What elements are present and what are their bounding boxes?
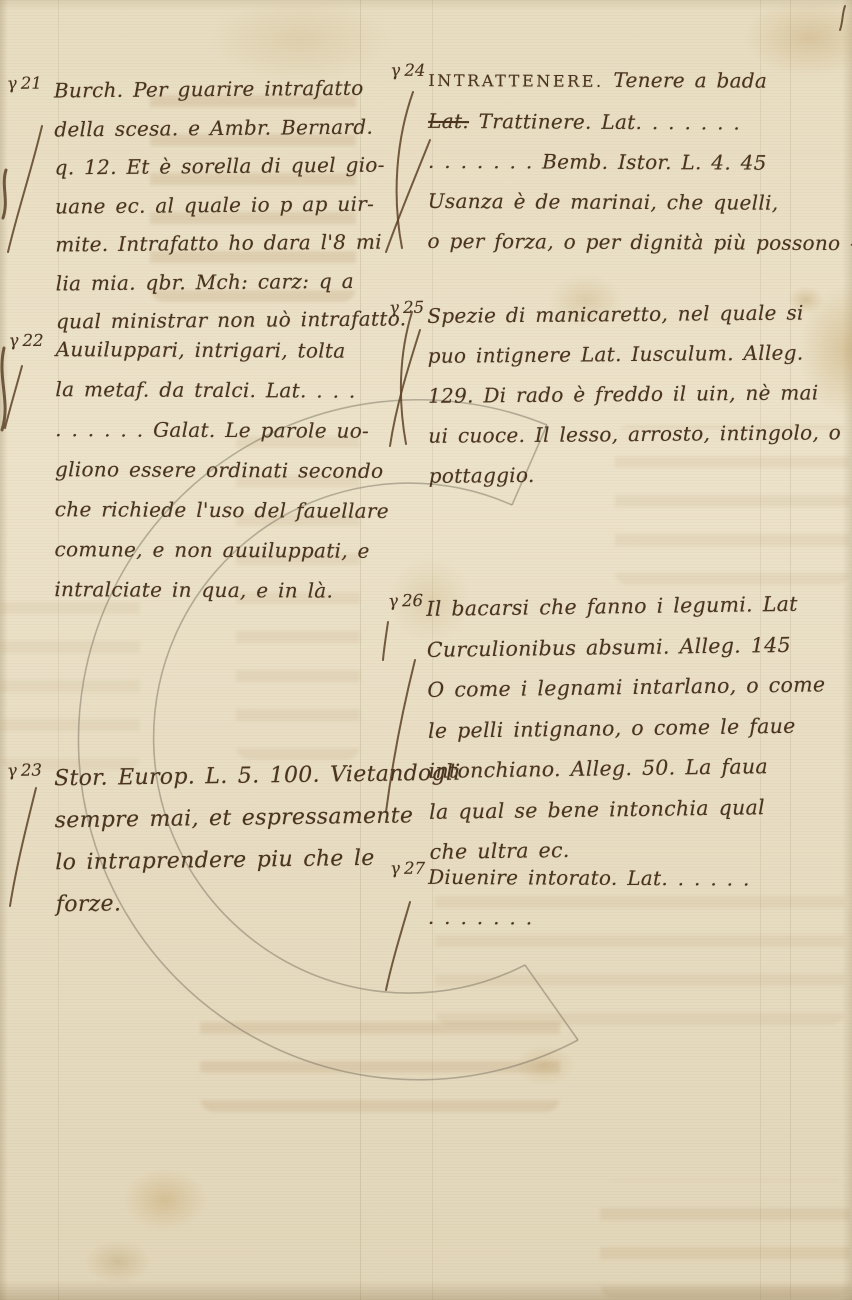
entry-text: Diuenire intorato. Lat. . . . . .. . . .… — [428, 857, 843, 939]
manuscript-line: Auuiluppari, intrigari, tolta — [56, 329, 386, 371]
manuscript-line: Il bacarsi che fanno i legumi. Lat — [426, 583, 842, 629]
headword-gloss: Tenere a bada — [613, 68, 767, 93]
manuscript-line: della scesa. e Ambr. Bernard. — [54, 107, 384, 148]
entry-22: γ22 Auuiluppari, intrigari, toltala meta… — [54, 329, 385, 611]
manuscript-line: lia mia. qbr. Mch: carz: q a — [56, 261, 386, 302]
manuscript-line: O come i legnami intarlano, o come — [427, 664, 843, 710]
latin-line: Lat. Trattinere. Lat. . . . . . . — [428, 101, 843, 143]
entry-number-text: 23 — [21, 760, 42, 779]
entry-number: γ26 — [388, 591, 423, 610]
manuscript-line: comune, e non auuiluppati, e — [54, 529, 384, 571]
check-mark-icon: γ — [6, 760, 18, 780]
entry-27: γ27 Diuenire intorato. Lat. . . . . .. .… — [428, 857, 843, 939]
manuscript-line: . . . . . . . Bemb. Istor. L. 4. 45 — [428, 141, 843, 183]
ink-bleedthrough — [600, 1180, 850, 1298]
entry-26: γ26 Il bacarsi che fanno i legumi. LatCu… — [426, 583, 845, 872]
manuscript-line: Usanza è de marinai, che quelli, — [428, 181, 843, 223]
entry-text: . . . . . . . Bemb. Istor. L. 4. 45Usanz… — [427, 141, 843, 263]
entry-text: Stor. Europ. L. 5. 100. Vietandoglisempr… — [54, 754, 386, 927]
entry-number-text: 25 — [403, 298, 424, 317]
check-mark-icon: γ — [8, 330, 20, 350]
manuscript-line: la qual se bene intonchia qual — [429, 786, 845, 832]
manuscript-line: puo intignere Lat. Iusculum. Alleg. — [427, 332, 842, 376]
entry-number-text: 26 — [402, 591, 423, 610]
entry-23: γ23 Stor. Europ. L. 5. 100. Vietandoglis… — [54, 754, 386, 927]
entry-number: γ25 — [389, 298, 424, 317]
entry-text: Il bacarsi che fanno i legumi. LatCurcul… — [426, 583, 845, 872]
entry-text: Burch. Per guarire intrafattodella scesa… — [54, 69, 386, 341]
entry-number: γ21 — [7, 74, 42, 93]
struck-word: Lat. — [428, 109, 469, 133]
manuscript-page: γ21 Burch. Per guarire intrafattodella s… — [0, 0, 852, 1300]
check-mark-icon: γ — [387, 591, 399, 611]
manuscript-line: sempre mai, et espressamente — [54, 796, 385, 843]
check-mark-icon: γ — [6, 73, 18, 93]
manuscript-line: uane ec. al quale io p ap uir- — [55, 184, 385, 225]
manuscript-line: che richiede l'uso del fauellare — [55, 489, 385, 531]
manuscript-line: intralciate in qua, e in là. — [54, 569, 384, 611]
manuscript-line: q. 12. Et è sorella di quel gio- — [55, 146, 385, 187]
check-mark-icon: γ — [389, 858, 401, 878]
entry-number: γ24 — [390, 61, 425, 80]
manuscript-line: Stor. Europ. L. 5. 100. Vietandogli — [54, 754, 385, 801]
manuscript-line: le pelli intignano, o come le faue — [428, 705, 844, 751]
manuscript-line: o per forza, o per dignità più possono —… — [427, 221, 842, 263]
manuscript-line: Spezie di manicaretto, nel quale si — [427, 292, 842, 336]
manuscript-line: . . . . . . Galat. Le parole uo- — [55, 409, 385, 451]
entry-21: γ21 Burch. Per guarire intrafattodella s… — [54, 69, 386, 341]
manuscript-line: . . . . . . . — [428, 897, 843, 939]
entry-text: Spezie di manicaretto, nel quale sipuo i… — [427, 292, 844, 496]
headword-line: INTRATTENERE. Tenere a bada — [428, 59, 843, 103]
manuscript-line: lo intraprendere piu che le — [55, 838, 386, 885]
entry-25: γ25 Spezie di manicaretto, nel quale sip… — [427, 292, 844, 496]
entry-number: γ23 — [7, 760, 42, 779]
entry-number-text: 24 — [404, 61, 425, 80]
check-mark-icon: γ — [388, 298, 400, 318]
entry-number: γ27 — [390, 859, 425, 878]
entry-number-text: 21 — [21, 74, 42, 93]
entry-number-text: 27 — [404, 859, 425, 878]
manuscript-line: gliono essere ordinati secondo — [55, 449, 385, 491]
entry-24: γ24 INTRATTENERE. Tenere a bada Lat. Tra… — [427, 59, 843, 263]
manuscript-line: mite. Intrafatto ho dara l'8 mi — [55, 223, 385, 264]
entry-text: Auuiluppari, intrigari, toltala metaf. d… — [54, 329, 385, 611]
latin-line-rest: Trattinere. Lat. . . . . . . — [479, 109, 741, 134]
entry-number: γ22 — [9, 331, 44, 350]
manuscript-line: Burch. Per guarire intrafatto — [54, 69, 384, 110]
manuscript-line: Curculionibus absumi. Alleg. 145 — [427, 624, 843, 670]
manuscript-line: forze. — [56, 880, 387, 927]
entry-number-text: 22 — [23, 331, 44, 350]
manuscript-line: intonchiano. Alleg. 50. La faua — [428, 745, 844, 791]
manuscript-line: 129. Di rado è freddo il uin, nè mai — [428, 372, 843, 416]
check-mark-icon: γ — [390, 60, 402, 80]
manuscript-line: Diuenire intorato. Lat. . . . . . — [428, 857, 843, 899]
headword: INTRATTENERE. — [428, 71, 603, 91]
manuscript-line: pottaggio. — [429, 452, 844, 496]
manuscript-line: ui cuoce. Il lesso, arrosto, intingolo, … — [428, 412, 843, 456]
manuscript-line: la metaf. da tralci. Lat. . . . — [55, 369, 385, 411]
